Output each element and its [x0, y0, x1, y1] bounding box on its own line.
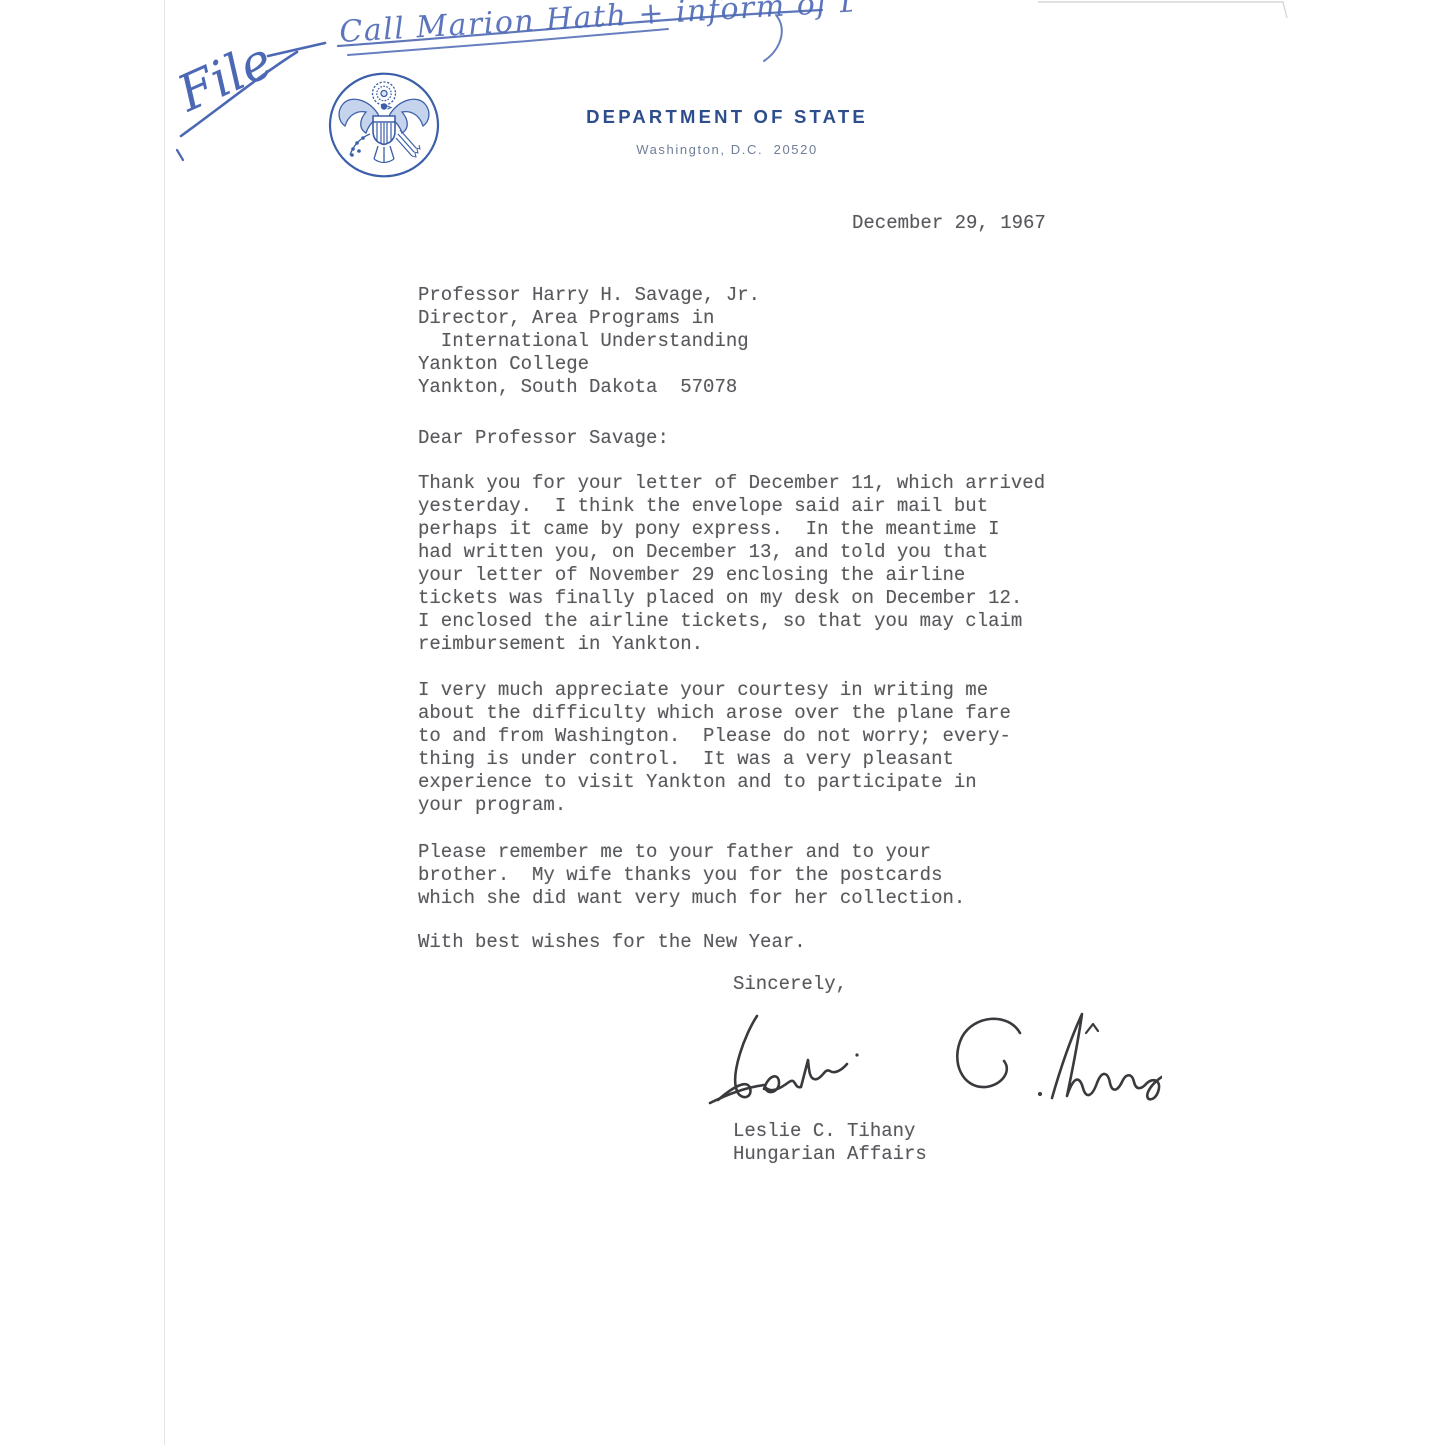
letterhead-city-line: Washington, D.C. 20520: [545, 142, 909, 157]
file-note-annotation: File: [172, 16, 348, 172]
letter-date: December 29, 1967: [852, 212, 1046, 235]
closing-sincerely: Sincerely,: [733, 973, 847, 996]
signer-title: Hungarian Affairs: [733, 1143, 927, 1166]
file-tail-stroke: [177, 150, 183, 160]
letterhead: DEPARTMENT OF STATE Washington, D.C. 205…: [545, 106, 909, 157]
crossed-note-annotation: Call Marion Hath + inform of Delay: [336, 0, 852, 78]
file-dash-stroke: [268, 43, 325, 56]
recipient-address: Professor Harry H. Savage, Jr. Director,…: [418, 284, 760, 399]
great-seal-icon: [328, 72, 440, 178]
paper-left-edge: [164, 0, 165, 1445]
department-title: DEPARTMENT OF STATE: [545, 106, 909, 128]
file-note-text: File: [172, 31, 281, 124]
body-paragraph-3: Please remember me to your father and to…: [418, 841, 965, 910]
signer-name: Leslie C. Tihany: [733, 1120, 915, 1143]
body-paragraph-1: Thank you for your letter of December 11…: [418, 472, 1045, 656]
signature-script: [690, 1002, 1162, 1130]
scanned-letter: File Call Marion Hath + inform of Delay: [0, 0, 1445, 1445]
paper-top-edge: [1030, 0, 1292, 22]
body-paragraph-2: I very much appreciate your courtesy in …: [418, 679, 1011, 817]
salutation: Dear Professor Savage:: [418, 427, 669, 450]
body-paragraph-4: With best wishes for the New Year.: [418, 931, 806, 954]
